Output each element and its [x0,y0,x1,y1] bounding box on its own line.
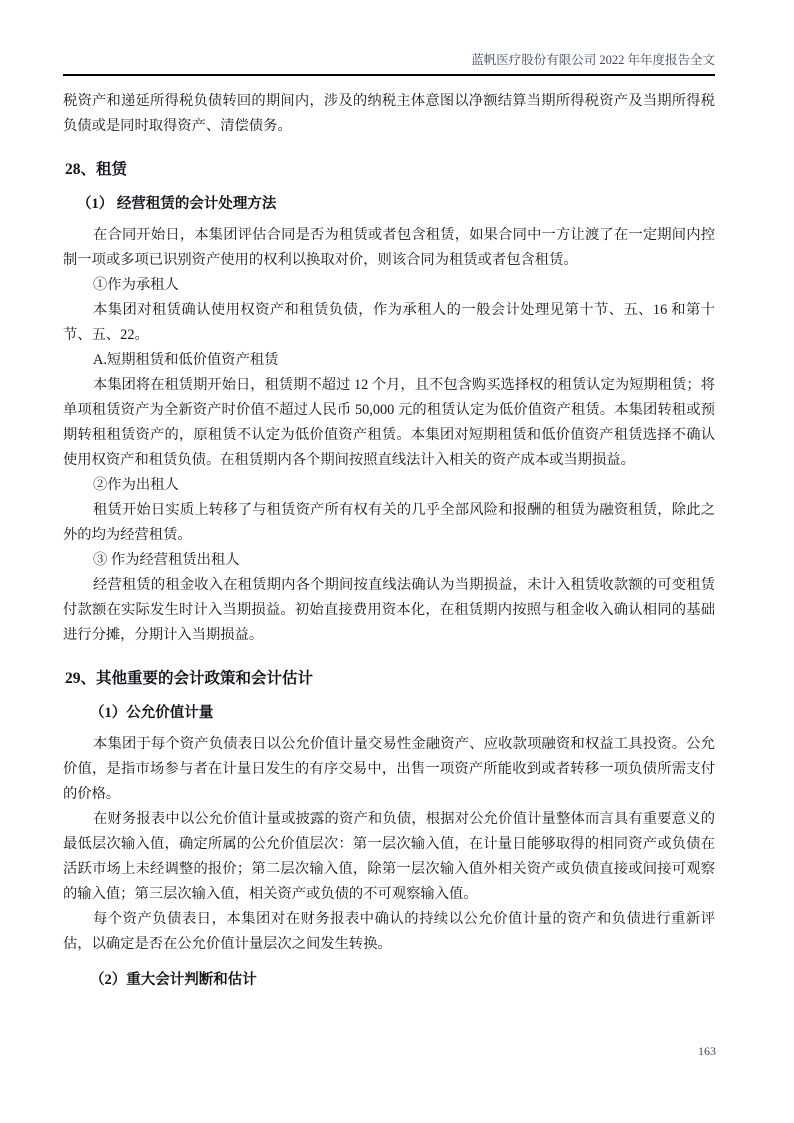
paragraph-short-term-lease: 本集团将在租赁期开始日，租赁期不超过 12 个月，且不包含购买选择权的租赁认定为… [63,373,715,473]
paragraph-fair-value-levels: 在财务报表中以公允价值计量或披露的资产和负债，根据对公允价值计量整体而言具有重要… [63,807,715,907]
heading-section-29: 29、其他重要的会计政策和会计估计 [65,668,715,690]
paragraph-fair-value-definition: 本集团于每个资产负债表日以公允价值计量交易性金融资产、应收款项融资和权益工具投资… [63,732,715,807]
heading-section-28: 28、租赁 [65,159,715,181]
paragraph-operating-lease-income: 经营租赁的租金收入在租赁期内各个期间按直线法确认为当期损益，未计入租赁收款额的可… [63,573,715,648]
heading-29-sub-1: （1）公允价值计量 [90,703,715,723]
report-header-title: 蓝帆医疗股份有限公司 2022 年年度报告全文 [63,52,715,68]
list-item-lessee: ①作为承租人 [63,273,715,298]
report-page: 蓝帆医疗股份有限公司 2022 年年度报告全文 税资产和递延所得税负债转回的期间… [0,0,794,1123]
heading-28-sub-1: （1） 经营租赁的会计处理方法 [77,194,715,214]
paragraph-lessee-accounting: 本集团对租赁确认使用权资产和租赁负债，作为承租人的一般会计处理见第十节、五、16… [63,298,715,348]
list-item-lessor: ②作为出租人 [63,473,715,498]
paragraph-lessor-classification: 租赁开始日实质上转移了与租赁资产所有权有关的几乎全部风险和报酬的租赁为融资租赁，… [63,498,715,548]
intro-continuation-paragraph: 税资产和递延所得税负债转回的期间内，涉及的纳税主体意图以净额结算当期所得税资产及… [63,89,715,139]
page-number: 163 [698,1044,716,1059]
list-item-short-term-lease: A.短期租赁和低价值资产租赁 [63,348,715,373]
page-content: 税资产和递延所得税负债转回的期间内，涉及的纳税主体意图以净额结算当期所得税资产及… [63,76,715,999]
paragraph-fair-value-reassessment: 每个资产负债表日，本集团对在财务报表中确认的持续以公允价值计量的资产和负债进行重… [63,907,715,957]
paragraph-lease-definition: 在合同开始日，本集团评估合同是否为租赁或者包含租赁，如果合同中一方让渡了在一定期… [63,223,715,273]
heading-29-sub-2: （2）重大会计判断和估计 [90,970,715,990]
list-item-operating-lessor: ③ 作为经营租赁出租人 [63,548,715,573]
